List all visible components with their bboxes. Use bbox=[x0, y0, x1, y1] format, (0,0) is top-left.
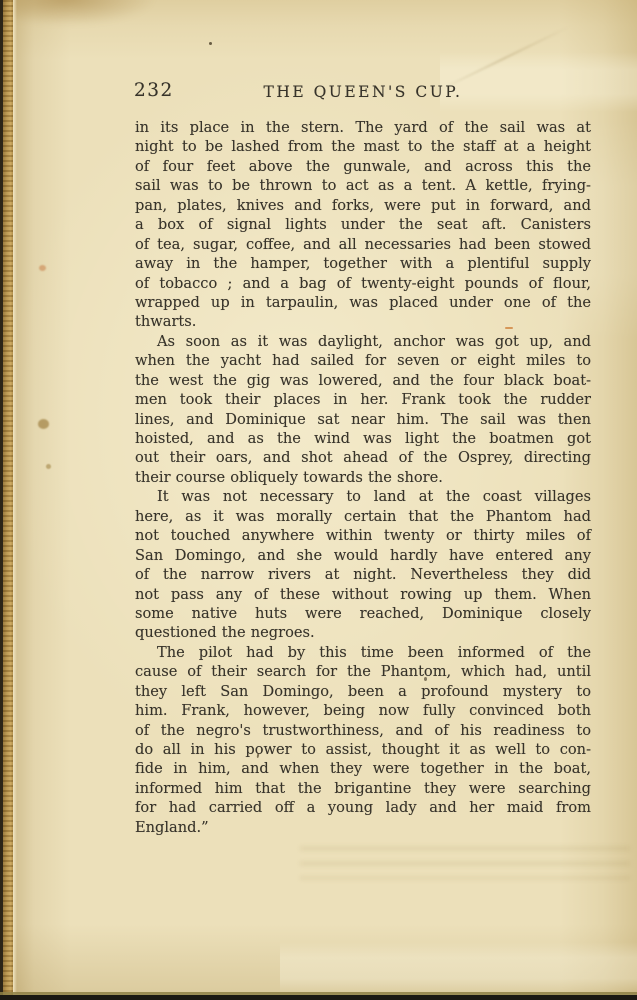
text-line: questioned the negroes. bbox=[135, 623, 591, 642]
text-line: not pass any of these without rowing up … bbox=[135, 585, 591, 604]
text-line: night to be lashed from the mast to the … bbox=[135, 137, 591, 156]
text-line: some native huts were reached, Dominique… bbox=[135, 604, 591, 623]
text-block: in its place in the stern. The yard of t… bbox=[135, 118, 591, 837]
text-line: in its place in the stern. The yard of t… bbox=[135, 118, 591, 137]
text-line: their course obliquely towards the shore… bbox=[135, 468, 591, 487]
text-line: of the narrow rivers at night. Neverthel… bbox=[135, 565, 591, 584]
text-line: thwarts. bbox=[135, 312, 591, 331]
corner-stain bbox=[6, 0, 156, 26]
book-binding-edge bbox=[3, 0, 13, 1000]
foxing-spot bbox=[46, 464, 51, 469]
book-spine-shadow bbox=[0, 0, 3, 1000]
foxing-spot bbox=[39, 265, 46, 271]
text-line: him. Frank, however, being now fully con… bbox=[135, 701, 591, 720]
text-line: lines, and Dominique sat near him. The s… bbox=[135, 410, 591, 429]
foxing-spot bbox=[38, 419, 49, 429]
text-line: of the negro's trustworthiness, and of h… bbox=[135, 721, 591, 740]
text-line: sail was to be thrown to act as a tent. … bbox=[135, 176, 591, 195]
text-line: hoisted, and as the wind was light the b… bbox=[135, 429, 591, 448]
text-line: away in the hamper, together with a plen… bbox=[135, 254, 591, 273]
text-line: The pilot had by this time been informed… bbox=[135, 643, 591, 662]
text-line: England.” bbox=[135, 818, 591, 837]
text-line: of tobacco ; and a bag of twenty-eight p… bbox=[135, 274, 591, 293]
text-line: the west the gig was lowered, and the fo… bbox=[135, 371, 591, 390]
text-line: when the yacht had sailed for seven or e… bbox=[135, 351, 591, 370]
text-line: pan, plates, knives and forks, were put … bbox=[135, 196, 591, 215]
text-line: fide in him, and when they were together… bbox=[135, 759, 591, 778]
text-line: men took their places in her. Frank took… bbox=[135, 390, 591, 409]
book-page-scan: 232 THE QUEEN'S CUP. in its place in the… bbox=[0, 0, 637, 1000]
text-line: San Domingo, and she would hardly have e… bbox=[135, 546, 591, 565]
running-head: THE QUEEN'S CUP. bbox=[135, 83, 591, 101]
text-line: cause of their search for the Phantom, w… bbox=[135, 662, 591, 681]
text-line: of tea, sugar, coffee, and all necessari… bbox=[135, 235, 591, 254]
scanner-light-band bbox=[280, 942, 637, 994]
text-line: they left San Domingo, been a profound m… bbox=[135, 682, 591, 701]
scan-bottom-edge bbox=[0, 995, 637, 1000]
verso-showthrough bbox=[300, 846, 630, 880]
text-line: of four feet above the gunwale, and acro… bbox=[135, 157, 591, 176]
text-line: As soon as it was daylight, anchor was g… bbox=[135, 332, 591, 351]
text-line: do all in his power to assist, thought i… bbox=[135, 740, 591, 759]
orange-mark bbox=[505, 327, 513, 329]
text-line: for had carried off a young lady and her… bbox=[135, 798, 591, 817]
scanner-light-band bbox=[440, 52, 637, 112]
page-surface: 232 THE QUEEN'S CUP. in its place in the… bbox=[0, 0, 637, 994]
text-line: not touched anywhere within twenty or th… bbox=[135, 526, 591, 545]
text-line: wrapped up in tarpaulin, was placed unde… bbox=[135, 293, 591, 312]
ink-speck bbox=[209, 42, 212, 45]
ink-speck bbox=[424, 677, 427, 681]
text-line: informed him that the brigantine they we… bbox=[135, 779, 591, 798]
text-line: It was not necessary to land at the coas… bbox=[135, 487, 591, 506]
page-fold-highlight bbox=[13, 0, 17, 1000]
text-line: a box of signal lights under the seat af… bbox=[135, 215, 591, 234]
text-line: out their oars, and shot ahead of the Os… bbox=[135, 448, 591, 467]
text-line: here, as it was morally certain that the… bbox=[135, 507, 591, 526]
